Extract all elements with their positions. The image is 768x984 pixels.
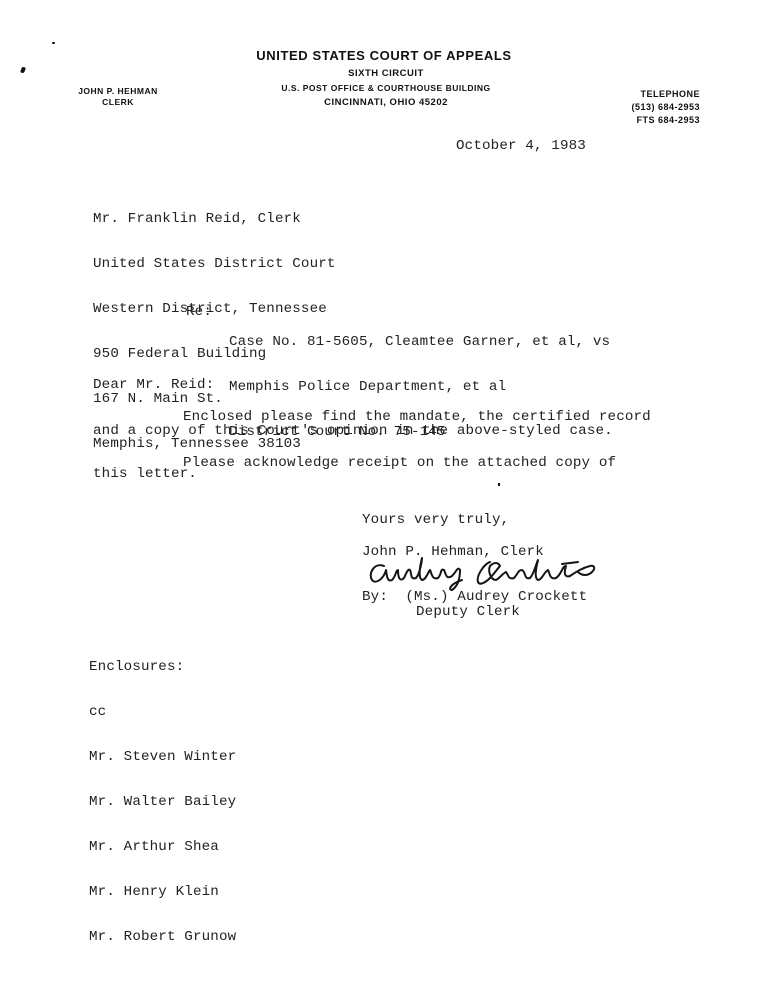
signer-title: Deputy Clerk (416, 605, 520, 620)
signature-icon (366, 552, 601, 592)
telephone-label: TELEPHONE (560, 88, 700, 101)
scan-speck (52, 42, 55, 44)
letter-page: UNITED STATES COURT OF APPEALS SIXTH CIR… (0, 0, 768, 984)
cc-recipient: Mr. Walter Bailey (89, 795, 236, 810)
closing: Yours very truly, (362, 513, 509, 528)
telephone-number: (513) 684-2953 (560, 101, 700, 114)
enclosures-label: Enclosures: (89, 660, 236, 675)
re-line: Memphis Police Department, et al (229, 380, 610, 395)
salutation: Dear Mr. Reid: (93, 378, 214, 393)
fts-number: FTS 684-2953 (560, 114, 700, 127)
clerk-name: JOHN P. HEHMAN (58, 86, 178, 97)
re-subject: Case No. 81-5605, Cleamtee Garner, et al… (229, 305, 610, 470)
re-line: Case No. 81-5605, Cleamtee Garner, et al… (229, 335, 610, 350)
cc-recipient: Mr. Henry Klein (89, 885, 236, 900)
address-line: Mr. Franklin Reid, Clerk (93, 212, 336, 227)
clerk-block: JOHN P. HEHMAN CLERK (58, 86, 178, 108)
paragraph-2-line-1: Please acknowledge receipt on the attach… (183, 456, 616, 471)
paragraph-1-line-2: and a copy of this Court's opinion in th… (93, 424, 613, 439)
cc-recipient: Mr. Robert Grunow (89, 930, 236, 945)
cc-label: cc (89, 705, 236, 720)
cc-recipient: Mr. Steven Winter (89, 750, 236, 765)
clerk-title: CLERK (58, 97, 178, 108)
court-name: UNITED STATES COURT OF APPEALS (0, 48, 768, 63)
telephone-block: TELEPHONE (513) 684-2953 FTS 684-2953 (560, 88, 700, 127)
re-label: Re: (186, 305, 212, 320)
circuit-name: SIXTH CIRCUIT (0, 68, 768, 79)
scan-speck (498, 483, 500, 486)
address-line: United States District Court (93, 257, 336, 272)
cc-recipient: Mr. Arthur Shea (89, 840, 236, 855)
paragraph-2-line-2: this letter. (93, 467, 197, 482)
handwritten-signature (366, 552, 601, 592)
enclosures-cc-list: Enclosures: cc Mr. Steven Winter Mr. Wal… (89, 630, 236, 975)
letter-date: October 4, 1983 (456, 139, 586, 154)
by-line: By: (Ms.) Audrey Crockett (362, 590, 587, 605)
